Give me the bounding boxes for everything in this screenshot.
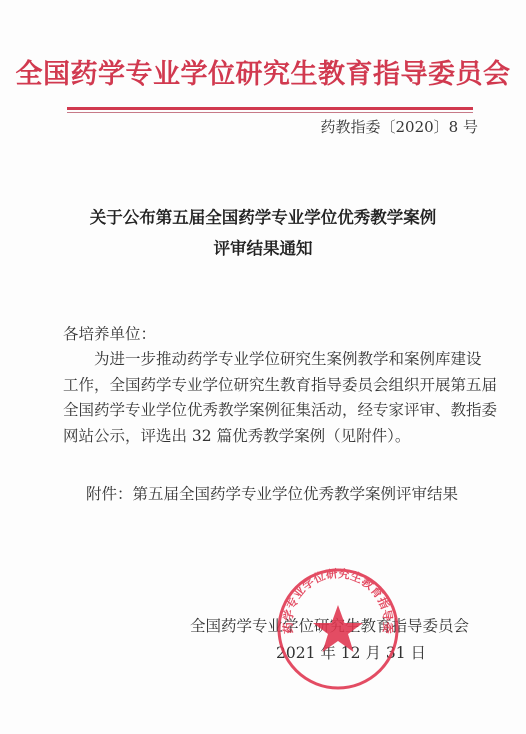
document-title-line-1: 关于公布第五届全国药学专业学位优秀教学案例 (0, 202, 526, 233)
document-number: 药教指委〔2020〕8 号 (321, 116, 479, 137)
signature-date: 2021 年 12 月 31 日 (276, 641, 426, 663)
body-line: 全国药学专业学位优秀教学案例征集活动，经专家评审、教指委 (63, 398, 475, 424)
salutation: 各培养单位： (63, 322, 156, 344)
body-line: 网站公示，评选出 32 篇优秀教学案例（见附件）。 (63, 424, 475, 450)
letterhead-rule-thin (67, 112, 473, 113)
letterhead-title: 全国药学专业学位研究生教育指导委员会 (0, 52, 526, 91)
body-paragraph: 为进一步推动药学专业学位研究生案例教学和案例库建设 工作，全国药学专业学位研究生… (63, 347, 475, 449)
signature-organization: 全国药学专业学位研究生教育指导委员会 (190, 614, 469, 636)
body-line: 工作，全国药学专业学位研究生教育指导委员会组织开展第五届 (63, 373, 475, 399)
document-title: 关于公布第五届全国药学专业学位优秀教学案例 评审结果通知 (0, 202, 526, 264)
body-line: 为进一步推动药学专业学位研究生案例教学和案例库建设 (63, 347, 475, 373)
document-page: 全国药学专业学位研究生教育指导委员会 药教指委〔2020〕8 号 关于公布第五届… (0, 0, 526, 734)
document-title-line-2: 评审结果通知 (0, 233, 526, 264)
letterhead-rule-thick (67, 107, 473, 110)
attachment-note: 附件：第五届全国药学专业学位优秀教学案例评审结果 (86, 482, 458, 504)
